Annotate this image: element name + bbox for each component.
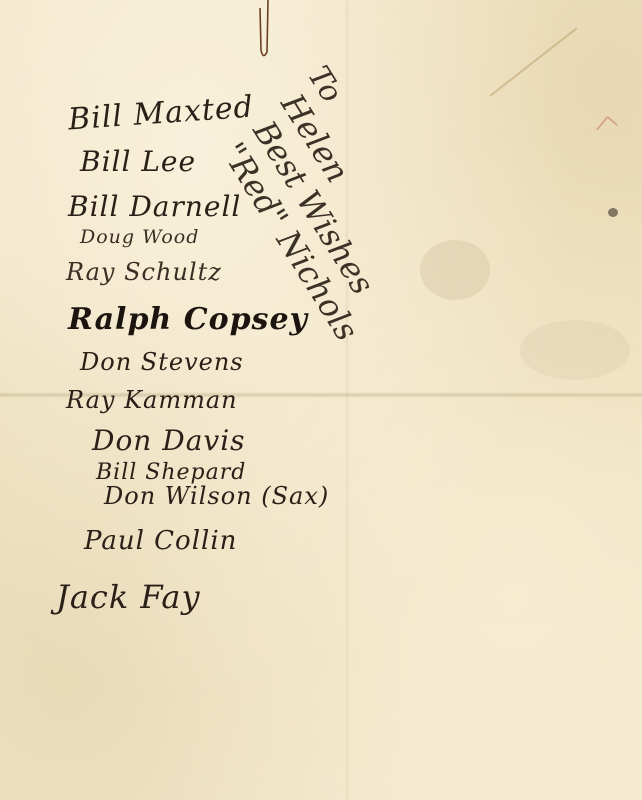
signature: Don Stevens [80,348,244,376]
signature: Doug Wood [80,226,199,248]
ink-blot [608,208,618,217]
signature: Ralph Copsey [68,302,308,337]
paper-crease [489,27,577,96]
red-mark [596,116,618,139]
signature: Don Wilson (Sax) [104,482,329,510]
signature: Paul Collin [84,526,237,556]
signature: Ray Schultz [66,258,222,286]
autograph-page: To Helen Best Wishes "Red" Nichols Bill … [0,0,642,800]
signature: Ray Kamman [66,386,238,414]
signature: Jack Fay [56,578,201,616]
water-stain [520,320,630,380]
signature: Bill Lee [80,145,196,178]
signature: Don Davis [92,424,246,457]
pin-hole-mark [254,0,272,62]
signature: Bill Darnell [68,190,241,223]
